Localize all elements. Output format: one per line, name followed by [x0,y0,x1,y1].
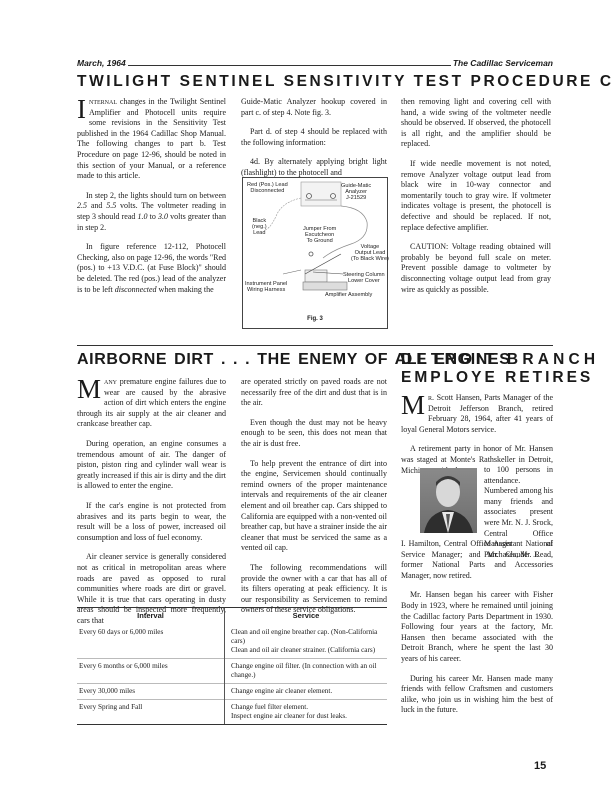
drop-cap: M [77,378,101,400]
article3-paragraph-2-continued: I. Hamilton, Central Office Assistant Na… [401,539,553,581]
article2-paragraph-4-continued: are operated strictly on paved roads are… [241,377,387,409]
label-steering-column: Steering ColumnLower Cover [343,272,385,284]
drop-cap: M [401,394,425,416]
label-jumper: Jumper FromEscutcheonTo Ground [303,226,336,245]
figure-caption: Fig. 3 [243,316,387,322]
article1-paragraph-1: Internal changes in the Twilight Sentine… [77,97,226,182]
label-amplifier: Amplifier Assembly [325,292,372,298]
article1-column-3: then removing light and covering cell wi… [401,97,551,304]
article3-column: Mr. Scott Hansen, Parts Manager of the D… [401,393,553,476]
label-wiring-harness: Instrument PanelWiring Harness [245,281,287,293]
label-voltage-output: VoltageOutput Lead(To Black Wire) [351,244,389,263]
article1-headline: TWILIGHT SENTINEL SENSITIVITY TEST PROCE… [77,73,612,91]
article2-paragraph-1: Many premature engine failures due to we… [77,377,226,430]
article2-paragraph-6: To help prevent the entrance of dirt int… [241,459,387,554]
article1-paragraph-6: If wide needle movement is not noted, re… [401,159,551,233]
article2-column-1: Many premature engine failures due to we… [77,377,226,635]
article3-paragraph-4: During his career Mr. Hansen made many f… [401,674,553,716]
drop-cap: I [77,98,86,120]
article3-headline-line1: DETROIT BRANCH [401,351,599,369]
issue-date: March, 1964 [77,58,126,68]
portrait-illustration [420,468,477,533]
article2-paragraph-5: Even though the dust may not be heavy en… [241,418,387,450]
table-row: Every 30,000 miles Change engine air cle… [77,684,387,700]
table-row: Every 60 days or 6,000 miles Clean and o… [77,625,387,659]
article2-paragraph-2: During operation, an engine consumes a t… [77,439,226,492]
article3-headline-line2: EMPLOYE RETIRES [401,369,593,387]
figure-3-diagram: Red (Pos.) LeadDisconnected Guide-MaticA… [242,177,388,329]
article1-paragraph-3: In figure reference 12-112, Photocell Ch… [77,242,226,295]
label-guide-matic-analyzer: Guide-MaticAnalyzerJ-21529 [341,183,371,202]
article1-paragraph-2: In step 2, the lights should turn on bet… [77,191,226,233]
article1-paragraph-5-continued: then removing light and covering cell wi… [401,97,551,150]
table-row: Every 6 months or 6,000 miles Change eng… [77,659,387,684]
article2-paragraph-3: If the car's engine is not protected fro… [77,501,226,543]
label-black-lead: Black(neg.)Lead [252,218,267,237]
running-head: March, 1964 The Cadillac Serviceman [77,56,553,68]
article1-caution: CAUTION: Voltage reading obtained will p… [401,242,551,295]
article3-column-lower: I. Hamilton, Central Office Assistant Na… [401,539,553,725]
page-number: 15 [534,760,546,772]
column-header-interval: Interval [77,608,225,625]
label-red-lead: Red (Pos.) LeadDisconnected [247,182,288,194]
publication-name: The Cadillac Serviceman [453,58,553,68]
article1-paragraph-4: Part d. of step 4 should be replaced wit… [241,127,387,148]
portrait-photo-scott-hansen [420,468,477,533]
article1-paragraph-5: 4d. By alternately applying bright light… [241,157,387,178]
table-row: Every Spring and Fall Change fuel filter… [77,700,387,725]
article2-column-2: are operated strictly on paved roads are… [241,377,387,625]
article1-column-2: Guide-Matic Analyzer hookup covered in p… [241,97,387,188]
article1-paragraph-3-continued: Guide-Matic Analyzer hookup covered in p… [241,97,387,118]
section-divider [77,345,553,346]
running-head-rule [128,65,451,66]
article3-paragraph-1: Mr. Scott Hansen, Parts Manager of the D… [401,393,553,435]
column-header-service: Service [225,608,388,625]
service-interval-table: Interval Service Every 60 days or 6,000 … [77,607,387,725]
article3-paragraph-3: Mr. Hansen began his career with Fisher … [401,590,553,664]
article1-column-1: Internal changes in the Twilight Sentine… [77,97,226,304]
